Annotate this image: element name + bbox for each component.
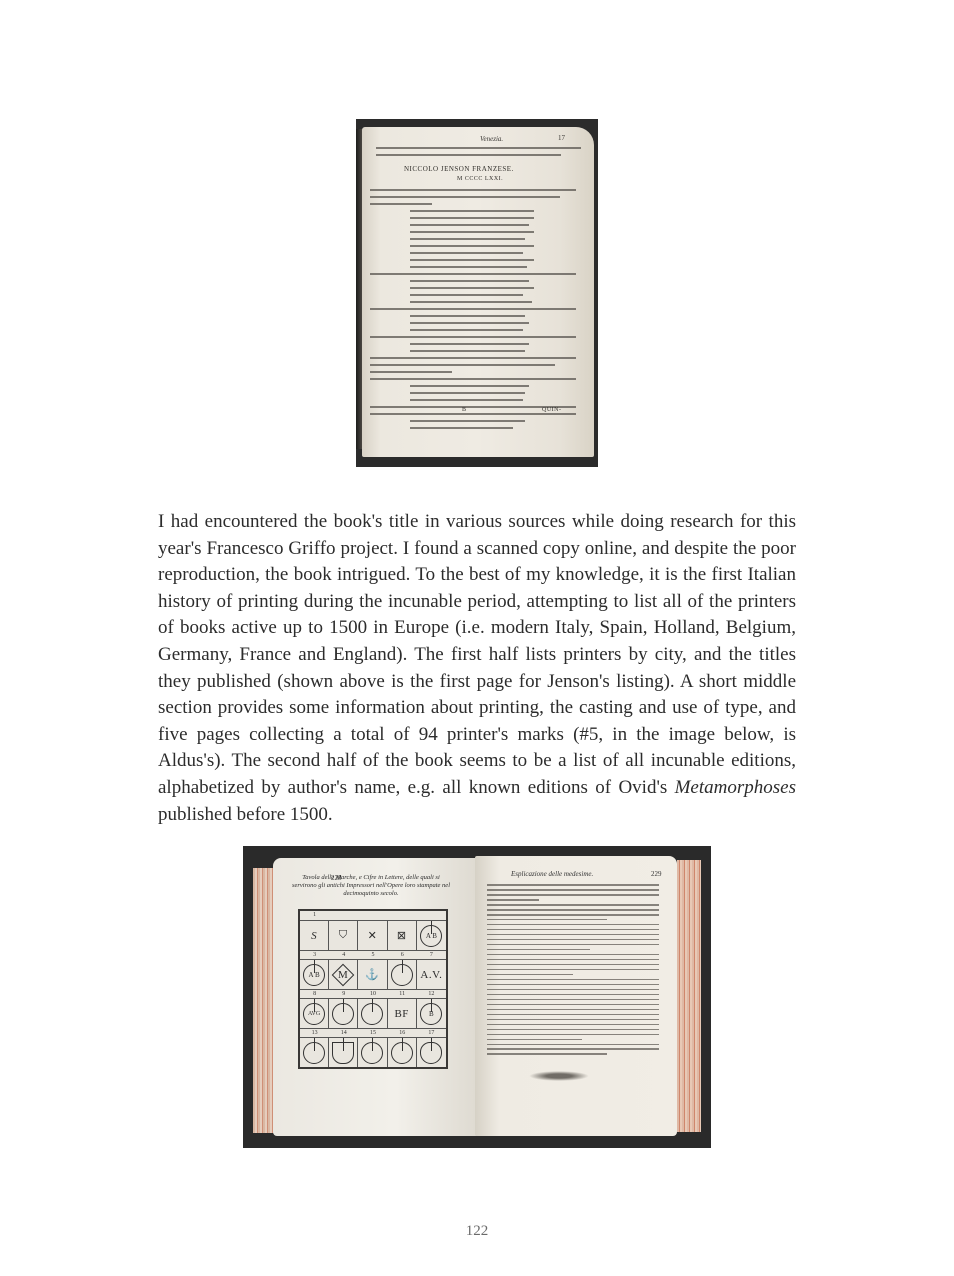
printer-mark — [358, 999, 387, 1028]
printer-mark — [388, 1038, 417, 1067]
italic-book-title: Metamorphoses — [675, 777, 796, 798]
photo-jenson-listing-page: Venezia. 17 NICCOLO JENSON FRANZESE. M C… — [356, 119, 598, 467]
printers-marks-table: 1 S ⛉ ✕ ⊠ A B 3 4 5 6 7 A B M ⚓ A.V. 8 9… — [298, 909, 448, 1069]
printer-mark — [329, 1038, 358, 1067]
page-subheading: M CCCC LXXI. — [457, 176, 503, 182]
body-text-part-1: I had encountered the book's title in va… — [158, 511, 796, 798]
page-heading: NICCOLO JENSON FRANZESE. — [404, 165, 514, 173]
mark-row: A B M ⚓ A.V. — [300, 959, 446, 989]
printer-mark — [300, 1038, 329, 1067]
decorative-ornament-icon — [529, 1071, 589, 1081]
mark-row: S ⛉ ✕ ⊠ A B — [300, 920, 446, 950]
printer-mark: S — [300, 921, 329, 950]
marks-table-caption: Tavola delle Marche, e Cifre in Lettere,… — [291, 874, 451, 898]
printer-mark — [388, 960, 417, 989]
mark-number-row: 3 4 5 6 7 — [300, 950, 446, 959]
page-number: 122 — [0, 1223, 954, 1240]
printer-mark: BF — [388, 999, 417, 1028]
right-page-header: Esplicazione delle medesime. — [511, 870, 593, 878]
printer-mark — [417, 1038, 446, 1067]
intro-text-lines — [376, 147, 581, 161]
printer-mark: A B — [417, 921, 446, 950]
mark-number-row: 13 14 15 16 17 — [300, 1028, 446, 1037]
printer-mark: M — [329, 960, 358, 989]
mark-number-row: 1 — [300, 911, 446, 920]
right-page-text-lines — [487, 884, 659, 1058]
page-catchword: QUIN- — [542, 407, 562, 413]
book-edge-right — [677, 860, 701, 1132]
printer-mark — [329, 999, 358, 1028]
printer-mark: A B — [300, 960, 329, 989]
photo-printers-marks-spread: 228 Tavola delle Marche, e Cifre in Lett… — [243, 846, 711, 1148]
listing-text-lines — [370, 189, 576, 434]
printer-mark-aldus: ⚓ — [358, 960, 387, 989]
page-running-header: Venezia. — [480, 135, 503, 143]
mark-number-row: 8 9 10 11 12 — [300, 989, 446, 998]
page-corner-number: 17 — [558, 134, 565, 142]
right-page-number: 229 — [651, 870, 662, 878]
printer-mark: B — [417, 999, 446, 1028]
page-signature: B — [462, 407, 467, 413]
printer-mark: ⊠ — [388, 921, 417, 950]
printer-mark: ✕ — [358, 921, 387, 950]
printer-mark: ⛉ — [329, 921, 358, 950]
printer-mark: A.V. — [417, 960, 446, 989]
body-text-part-2: published before 1500. — [158, 804, 333, 825]
printer-mark: AVG — [300, 999, 329, 1028]
book-edge-left — [253, 868, 275, 1133]
body-paragraph: I had encountered the book's title in va… — [158, 509, 796, 828]
mark-row: AVG BF B — [300, 998, 446, 1028]
printed-page: Venezia. 17 NICCOLO JENSON FRANZESE. M C… — [362, 127, 594, 457]
mark-row — [300, 1037, 446, 1067]
printer-mark — [358, 1038, 387, 1067]
